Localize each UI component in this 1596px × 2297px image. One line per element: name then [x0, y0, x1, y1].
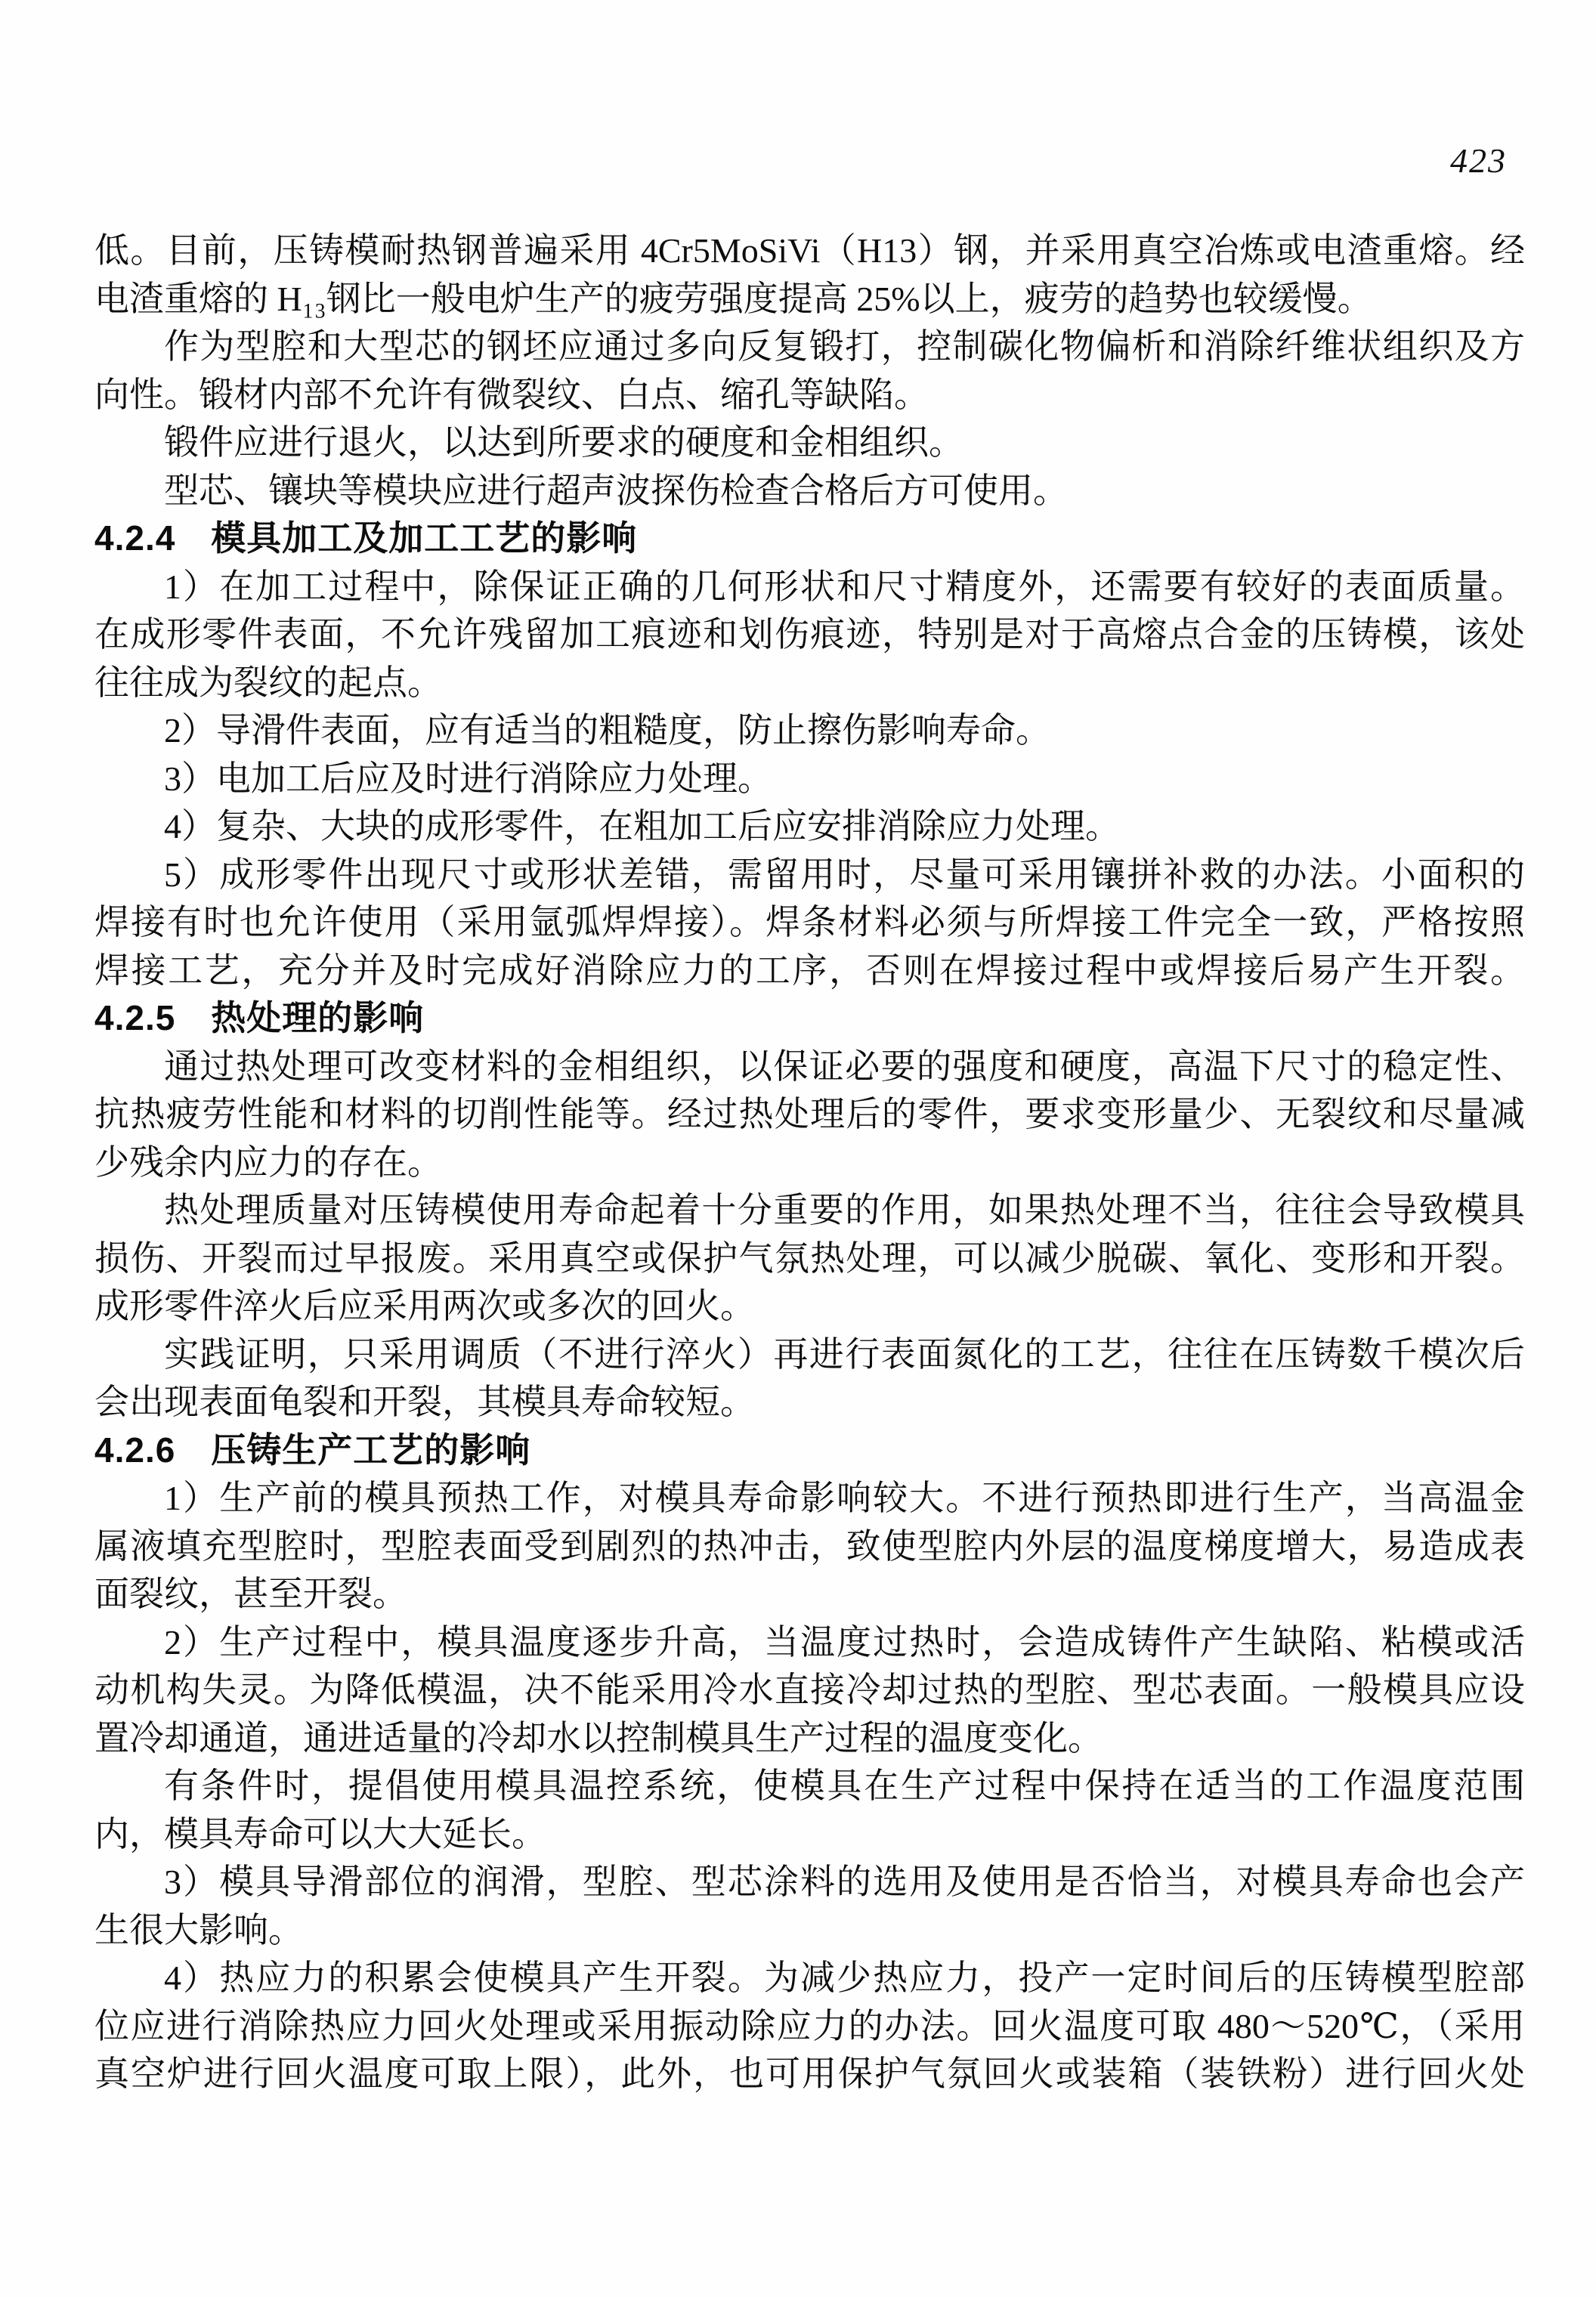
text-line: 向性。锻材内部不允许有微裂纹、白点、缩孔等缺陷。 [94, 371, 1525, 419]
text-line: 低。目前，压铸模耐热钢普遍采用 4Cr5MoSiVi（H13）钢，并采用真空冶炼… [94, 227, 1525, 275]
section-heading: 4.2.4 模具加工及加工工艺的影响 [94, 515, 1525, 563]
text-line: 置冷却通道，通进适量的冷却水以控制模具生产过程的温度变化。 [94, 1714, 1525, 1763]
text-line: 在成形零件表面，不允许残留加工痕迹和划伤痕迹，特别是对于高熔点合金的压铸模，该处 [94, 611, 1525, 659]
text-line: 动机构失灵。为降低模温，决不能采用冷水直接冷却过热的型腔、型芯表面。一般模具应设 [94, 1666, 1525, 1714]
section-heading: 4.2.6 压铸生产工艺的影响 [94, 1427, 1525, 1475]
text-line: 损伤、开裂而过早报废。采用真空或保护气氛热处理，可以减少脱碳、氧化、变形和开裂。 [94, 1235, 1525, 1283]
text-line: 少残余内应力的存在。 [94, 1139, 1525, 1187]
text-line: 真空炉进行回火温度可取上限），此外，也可用保护气氛回火或装箱（装铁粉）进行回火处 [94, 2050, 1525, 2098]
text-line: 实践证明，只采用调质（不进行淬火）再进行表面氮化的工艺，往往在压铸数千模次后 [94, 1331, 1525, 1379]
text-line: 焊接有时也允许使用（采用氩弧焊焊接）。焊条材料必须与所焊接工件完全一致，严格按照 [94, 898, 1525, 947]
text-line: 生很大影响。 [94, 1906, 1525, 1955]
text-line: 内，模具寿命可以大大延长。 [94, 1810, 1525, 1859]
text-line: 电渣重熔的 H₁₃钢比一般电炉生产的疲劳强度提高 25%以上，疲劳的趋势也较缓慢… [94, 275, 1525, 323]
text-line: 1）在加工过程中，除保证正确的几何形状和尺寸精度外，还需要有较好的表面质量。 [94, 563, 1525, 611]
text-line: 成形零件淬火后应采用两次或多次的回火。 [94, 1282, 1525, 1331]
text-line: 2）导滑件表面，应有适当的粗糙度，防止擦伤影响寿命。 [94, 706, 1525, 755]
text-line: 5）成形零件出现尺寸或形状差错，需留用时，尽量可采用镶拼补救的办法。小面积的 [94, 851, 1525, 899]
text-line: 锻件应进行退火，以达到所要求的硬度和金相组织。 [94, 419, 1525, 467]
text-line: 2）生产过程中，模具温度逐步升高，当温度过热时，会造成铸件产生缺陷、粘模或活 [94, 1618, 1525, 1667]
text-line: 焊接工艺，充分并及时完成好消除应力的工序，否则在焊接过程中或焊接后易产生开裂。 [94, 947, 1525, 995]
text-line: 3）模具导滑部位的润滑，型腔、型芯涂料的选用及使用是否恰当，对模具寿命也会产 [94, 1858, 1525, 1906]
text-line: 作为型腔和大型芯的钢坯应通过多向反复锻打，控制碳化物偏析和消除纤维状组织及方 [94, 323, 1525, 371]
page-body: 低。目前，压铸模耐热钢普遍采用 4Cr5MoSiVi（H13）钢，并采用真空冶炼… [94, 227, 1525, 2098]
text-line: 3）电加工后应及时进行消除应力处理。 [94, 755, 1525, 803]
section-heading: 4.2.5 热处理的影响 [94, 994, 1525, 1043]
text-line: 面裂纹，甚至开裂。 [94, 1570, 1525, 1618]
text-line: 4）复杂、大块的成形零件，在粗加工后应安排消除应力处理。 [94, 802, 1525, 851]
text-line: 位应进行消除热应力回火处理或采用振动除应力的办法。回火温度可取 480～520℃… [94, 2002, 1525, 2051]
text-line: 抗热疲劳性能和材料的切削性能等。经过热处理后的零件，要求变形量少、无裂纹和尽量减 [94, 1090, 1525, 1139]
text-line: 型芯、镶块等模块应进行超声波探伤检查合格后方可使用。 [94, 467, 1525, 515]
text-line: 通过热处理可改变材料的金相组织，以保证必要的强度和硬度，高温下尺寸的稳定性、 [94, 1043, 1525, 1091]
text-line: 1）生产前的模具预热工作，对模具寿命影响较大。不进行预热即进行生产，当高温金 [94, 1474, 1525, 1523]
text-line: 属液填充型腔时，型腔表面受到剧烈的热冲击，致使型腔内外层的温度梯度增大，易造成表 [94, 1523, 1525, 1571]
scanned-book-page: 423 低。目前，压铸模耐热钢普遍采用 4Cr5MoSiVi（H13）钢，并采用… [0, 0, 1596, 2297]
text-line: 有条件时，提倡使用模具温控系统，使模具在生产过程中保持在适当的工作温度范围 [94, 1762, 1525, 1810]
page-number: 423 [1450, 141, 1507, 181]
text-line: 往往成为裂纹的起点。 [94, 659, 1525, 707]
text-line: 会出现表面龟裂和开裂，其模具寿命较短。 [94, 1378, 1525, 1427]
text-line: 4）热应力的积累会使模具产生开裂。为减少热应力，投产一定时间后的压铸模型腔部 [94, 1954, 1525, 2002]
text-line: 热处理质量对压铸模使用寿命起着十分重要的作用，如果热处理不当，往往会导致模具 [94, 1186, 1525, 1235]
